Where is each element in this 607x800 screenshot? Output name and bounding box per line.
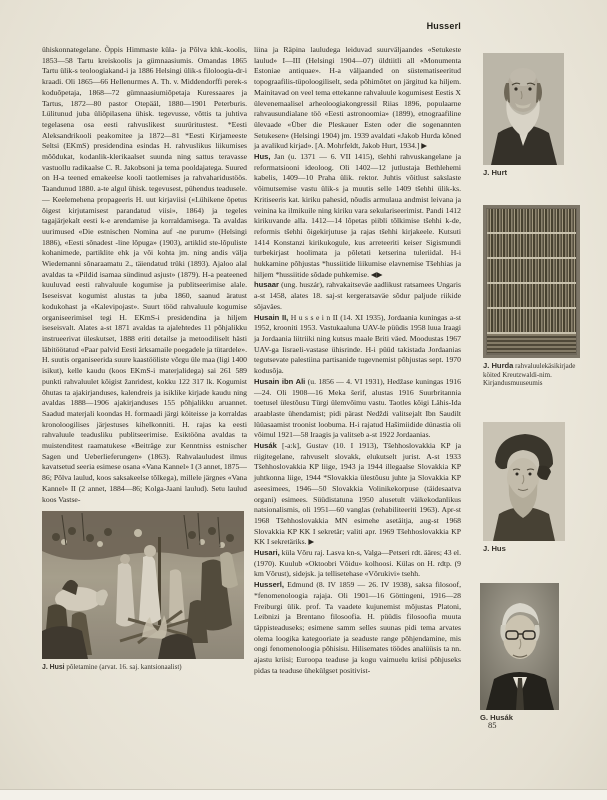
page-number: 85 <box>488 720 497 730</box>
entry-hus: Hus, Jan (u. 1371 — 6. VII 1415), tšehhi… <box>254 152 461 280</box>
entry-husaar: husaar (ung. huszár), rahvakaitseväe aad… <box>254 280 461 312</box>
entry-husain-ibn-ali: Husain ibn Ali (u. 1856 — 4. VI 1931), H… <box>254 377 461 441</box>
entry-husak: Husák [-a:k], Gustav (10. I 1913), Tšehh… <box>254 441 461 548</box>
bookshelf-row <box>487 334 576 353</box>
entry-husari: Husari, küla Võru raj. Lasva kn-s, Valga… <box>254 548 461 580</box>
entry-husserl: Husserl, Edmund (8. IV 1859 — 26. IV 193… <box>254 580 461 676</box>
left-column: ühiskonnategelane. Õppis Himmaste küla- … <box>42 45 247 673</box>
bookshelf-row <box>487 234 576 259</box>
scan-edge <box>0 789 607 800</box>
hus-burning-caption-lead: J. Husi <box>42 664 65 671</box>
hus-burning-caption: J. Husi põletamine (arvat. 16. saj. kant… <box>42 663 247 673</box>
hus-portrait-figure: J. Hus <box>483 422 580 554</box>
hurt-manuscripts-figure: J. Hurda rahvaluulekäsikirjade köited Kr… <box>483 205 580 388</box>
bookshelf-row <box>487 209 576 234</box>
hus-burning-caption-text: põletamine (arvat. 16. saj. kantsionaali… <box>65 663 182 671</box>
hurt-portrait-figure: J. Hurt <box>483 53 580 178</box>
hurt-article-continued: liina ja Räpina lauludega leiduvad suurv… <box>254 45 461 152</box>
encyclopedia-page: Husserl ühiskonnategelane. Õppis Himmast… <box>0 0 607 800</box>
hurt-article-text: ühiskonnategelane. Õppis Himmaste küla- … <box>42 45 247 505</box>
manuscripts-photo-caption: J. Hurda rahvaluulekäsikirjade köited Kr… <box>483 362 580 388</box>
hus-photo-caption: J. Hus <box>483 545 580 554</box>
hurt-photo-caption: J. Hurt <box>483 169 580 178</box>
hurt-portrait-photo <box>483 53 564 165</box>
husak-portrait-photo <box>480 583 559 710</box>
right-column: liina ja Räpina lauludega leiduvad suurv… <box>254 45 461 676</box>
running-head: Husserl <box>254 21 461 31</box>
manuscript-shelf-photo <box>483 205 580 358</box>
hus-burning-illustration <box>42 510 244 660</box>
bookshelf-row <box>487 309 576 334</box>
bookshelf-row <box>487 259 576 284</box>
entry-husain-ii: Husain II, H u s s e i n II (14. XI 1935… <box>254 313 461 377</box>
husak-portrait-figure: G. Husák <box>480 583 577 723</box>
bookshelf-row <box>487 284 576 309</box>
hus-portrait-photo <box>483 422 565 541</box>
